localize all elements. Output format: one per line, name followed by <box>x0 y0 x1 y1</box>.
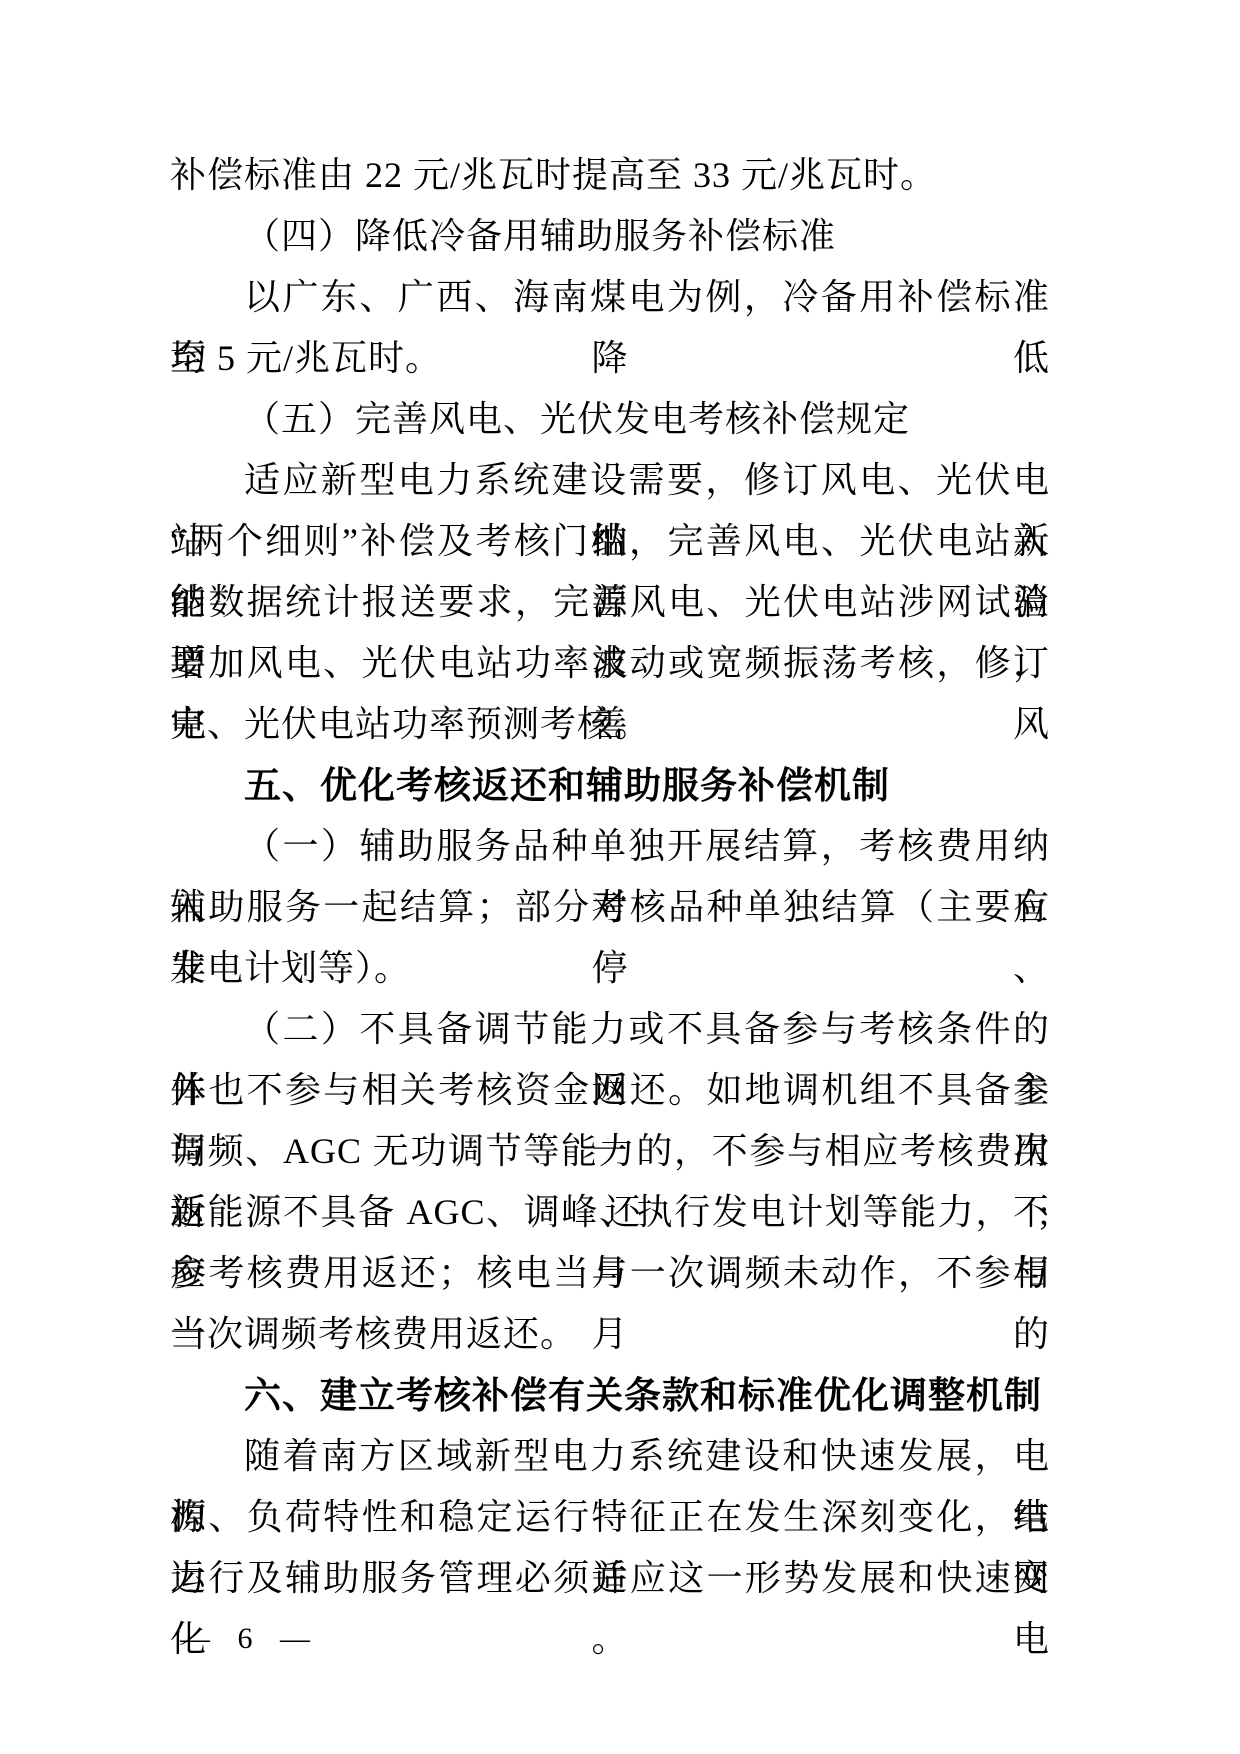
section-heading-5: 五、优化考核返还和辅助服务补偿机制 <box>170 755 1050 816</box>
text-line: 体也不参与相关考核资金返还。如地调机组不具备参与一次 <box>170 1060 1050 1121</box>
text-line: 以广东、广西、海南煤电为例，冷备用补偿标准均降低 <box>170 267 1050 328</box>
text-line: 辅助服务一起结算；部分考核品种单独结算（主要有非停、 <box>170 877 1050 938</box>
text-line: （一）辅助服务品种单独开展结算，考核费用纳入对应 <box>170 816 1050 877</box>
document-page: 补偿标准由 22 元/兆瓦时提高至 33 元/兆瓦时。 （四）降低冷备用辅助服务… <box>0 0 1240 1754</box>
text-line: 增加风电、光伏电站功率波动或宽频振荡考核，修订完善风 <box>170 633 1050 694</box>
document-body: 补偿标准由 22 元/兆瓦时提高至 33 元/兆瓦时。 （四）降低冷备用辅助服务… <box>170 145 1050 1609</box>
text-line: 适应新型电力系统建设需要，修订风电、光伏电站纳入 <box>170 450 1050 511</box>
sub-heading-4: （四）降低冷备用辅助服务补偿标准 <box>170 206 1050 267</box>
text-line: 调频、AGC 无功调节等能力的，不参与相应考核费用返还; <box>170 1121 1050 1182</box>
text-line: 新能源不具备 AGC、调峰、执行发电计划等能力，不参与相 <box>170 1182 1050 1243</box>
text-line: （二）不具备调节能力或不具备参与考核条件的并网主 <box>170 999 1050 1060</box>
text-line: 补偿标准由 22 元/兆瓦时提高至 33 元/兆瓦时。 <box>170 145 1050 206</box>
section-heading-6: 六、建立考核补偿有关条款和标准优化调整机制 <box>170 1365 1050 1426</box>
text-line: 应考核费用返还；核电当月一次调频未动作，不参与当月的 <box>170 1243 1050 1304</box>
text-line: 运行及辅助服务管理必须适应这一形势发展和快速变化。电 <box>170 1548 1050 1609</box>
text-line: “两个细则”补偿及考核门槛，完善风电、光伏电站新能源消 <box>170 511 1050 572</box>
page-number: — 6 — <box>180 1622 312 1656</box>
sub-heading-5: （五）完善风电、光伏发电考核补偿规定 <box>170 389 1050 450</box>
text-line: 构、负荷特性和稳定运行特征正在发生深刻变化，电力并网 <box>170 1487 1050 1548</box>
text-line: 纳数据统计报送要求，完善风电、光伏电站涉网试验要求， <box>170 572 1050 633</box>
text-line: 随着南方区域新型电力系统建设和快速发展，电源结 <box>170 1426 1050 1487</box>
